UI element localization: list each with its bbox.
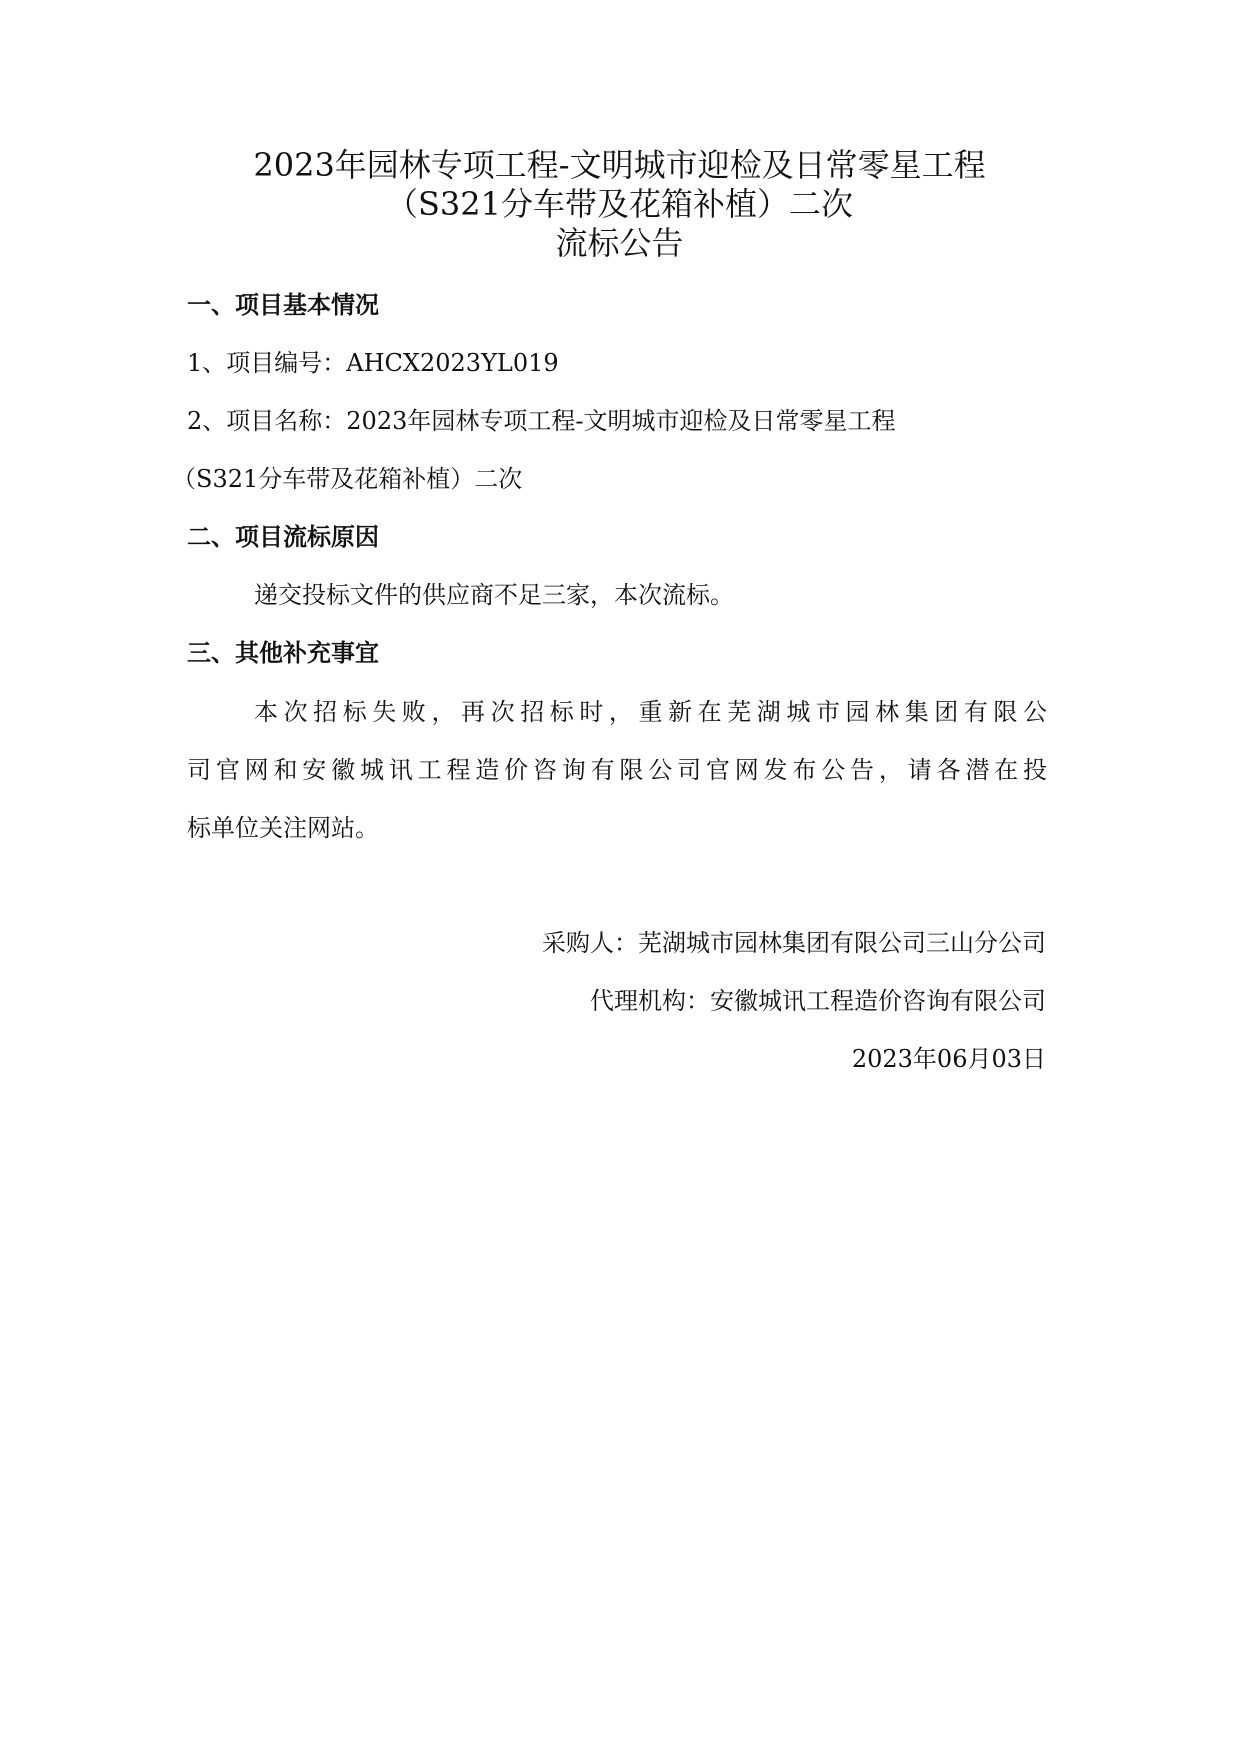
purchaser-signature: 采购人：芜湖城市园林集团有限公司三山分公司 [542,928,1046,958]
title-line-2: （S321分车带及花箱补植）二次 [0,185,1239,224]
announcement-date: 2023年06月03日 [852,1044,1046,1074]
document-title: 2023年园林专项工程-文明城市迎检及日常零星工程 （S321分车带及花箱补植）… [0,146,1239,263]
section-heading-basic-info: 一、项目基本情况 [187,290,379,320]
section-heading-other-matters: 三、其他补充事宜 [187,638,379,668]
other-matters-line-3: 标单位关注网站。 [187,813,379,843]
other-matters-line-1: 本次招标失败，再次招标时，重新在芜湖城市园林集团有限公 [254,697,1047,727]
project-name-row: 2、项目名称：2023年园林专项工程-文明城市迎检及日常零星工程 [187,406,895,436]
title-line-3: 流标公告 [0,224,1239,263]
other-matters-line-2: 司官网和安徽城讯工程造价咨询有限公司官网发布公告，请各潜在投 [187,755,1047,785]
agency-signature: 代理机构：安徽城讯工程造价咨询有限公司 [590,986,1046,1016]
document-page: 2023年园林专项工程-文明城市迎检及日常零星工程 （S321分车带及花箱补植）… [0,0,1239,1754]
project-number-label: 1、项目编号： [187,349,346,377]
project-number-value: AHCX2023YL019 [346,349,558,377]
section-heading-failure-reason: 二、项目流标原因 [187,522,379,552]
project-number-row: 1、项目编号：AHCX2023YL019 [187,348,559,378]
failure-reason-paragraph: 递交投标文件的供应商不足三家，本次流标。 [254,580,734,610]
project-name-continuation: （S321分车带及花箱补植）二次 [172,464,522,494]
project-name-value: 2023年园林专项工程-文明城市迎检及日常零星工程 [346,407,895,435]
project-name-label: 2、项目名称： [187,407,346,435]
title-line-1: 2023年园林专项工程-文明城市迎检及日常零星工程 [0,146,1239,185]
